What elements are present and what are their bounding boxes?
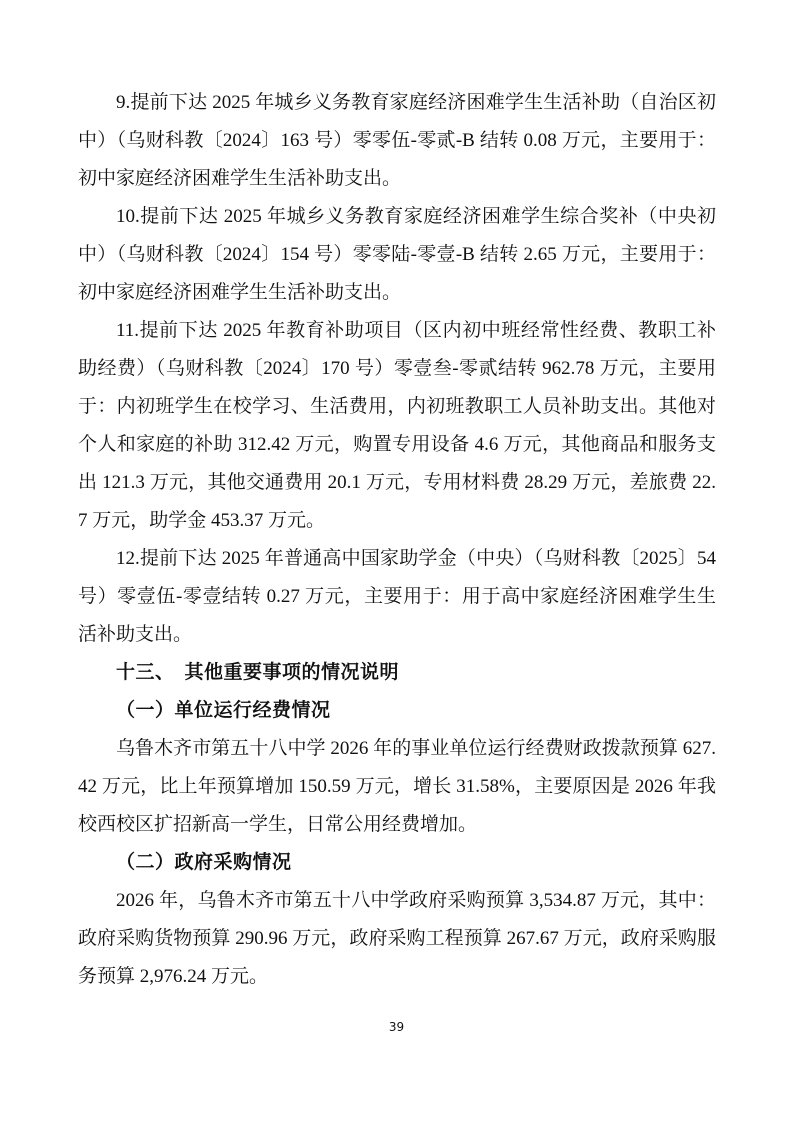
paragraph-item-9: 9.提前下达 2025 年城乡义务教育家庭经济困难学生生活补助（自治区初中）（乌…: [78, 84, 716, 198]
government-procurement-paragraph: 2026 年，乌鲁木齐市第五十八中学政府采购预算 3,534.87 万元，其中：…: [78, 882, 716, 996]
subsection-1-heading: （一）单位运行经费情况: [78, 692, 716, 730]
section-13-heading: 十三、 其他重要事项的情况说明: [78, 654, 716, 692]
subsection-2-heading: （二）政府采购情况: [78, 844, 716, 882]
paragraph-item-11: 11.提前下达 2025 年教育补助项目（区内初中班经常性经费、教职工补助经费）…: [78, 312, 716, 540]
document-page: 9.提前下达 2025 年城乡义务教育家庭经济困难学生生活补助（自治区初中）（乌…: [0, 0, 793, 1122]
paragraph-item-12: 12.提前下达 2025 年普通高中国家助学金（中央）（乌财科教〔2025〕54…: [78, 540, 716, 654]
paragraph-item-10: 10.提前下达 2025 年城乡义务教育家庭经济困难学生综合奖补（中央初中）（乌…: [78, 198, 716, 312]
unit-operating-expense-paragraph: 乌鲁木齐市第五十八中学 2026 年的事业单位运行经费财政拨款预算 627.42…: [78, 730, 716, 844]
page-number: 39: [0, 1020, 793, 1034]
document-body: 9.提前下达 2025 年城乡义务教育家庭经济困难学生生活补助（自治区初中）（乌…: [78, 84, 716, 996]
